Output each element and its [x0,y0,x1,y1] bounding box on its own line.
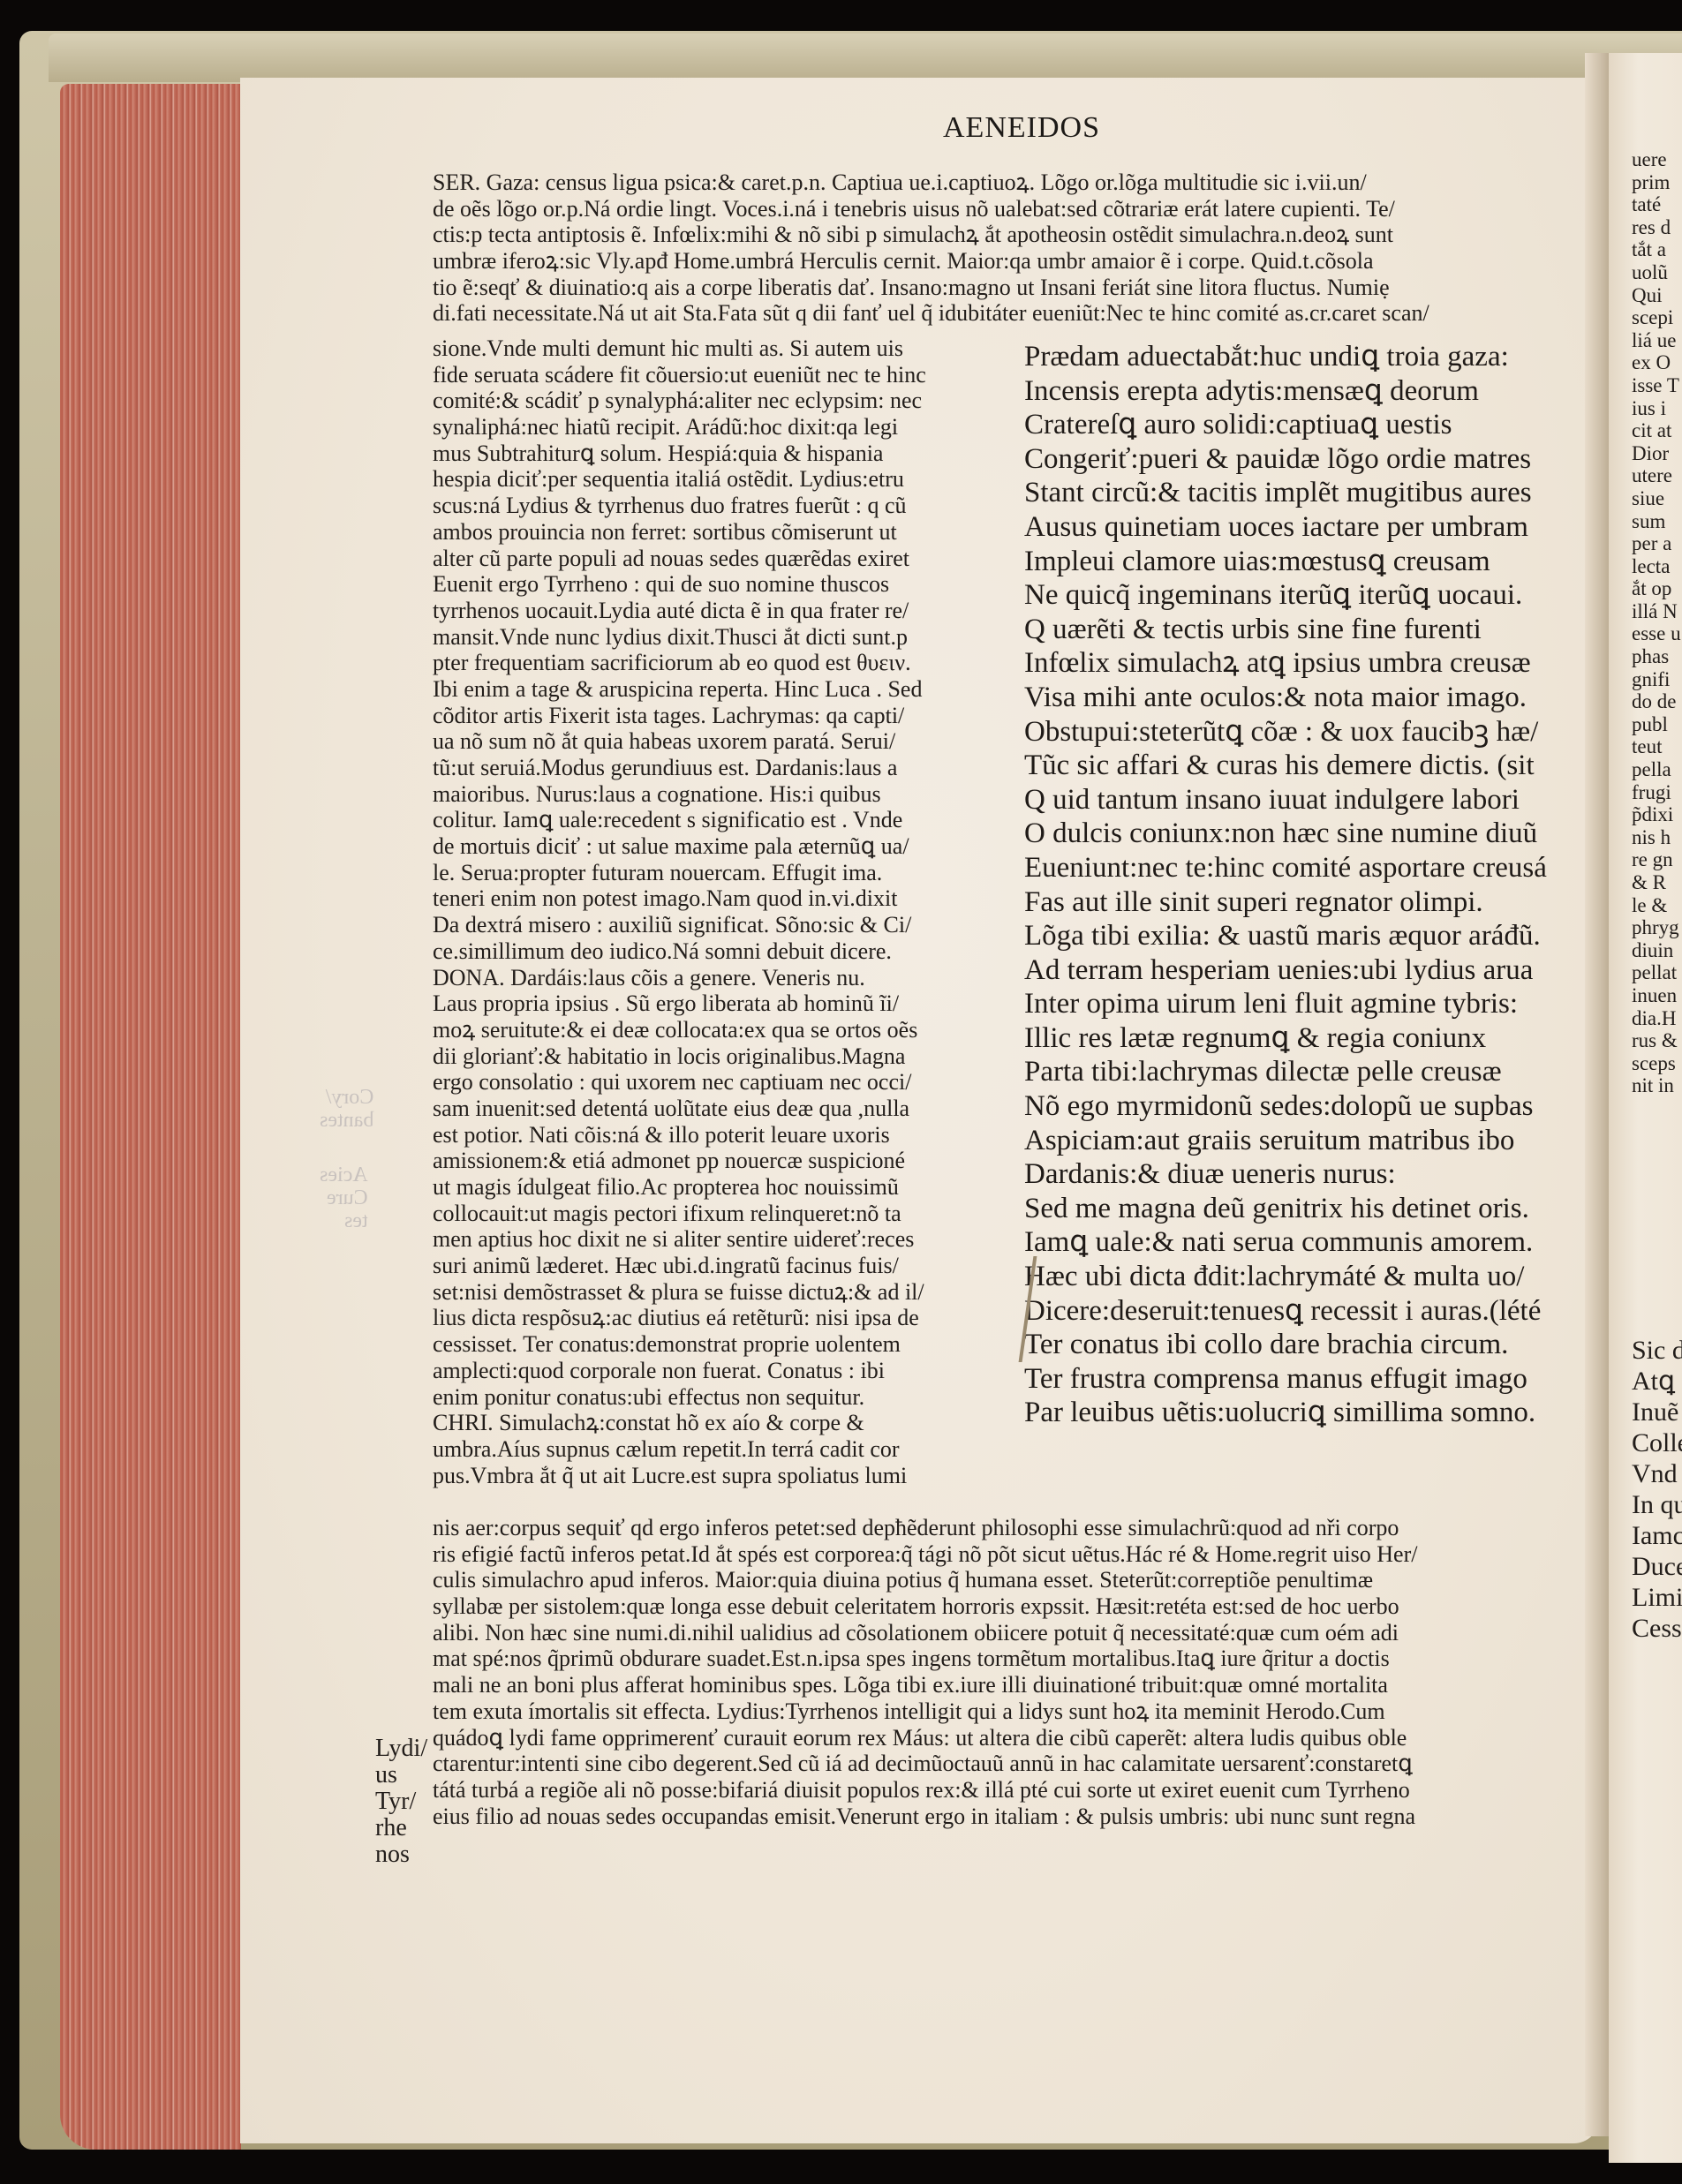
facing-fragment: pellat [1632,961,1682,984]
facing-fragment: res d [1632,216,1682,239]
commentary-line: ut magis ídulgeat filio.Ac propterea hoc… [433,1174,926,1201]
verse-line: Prædam aduectabắt:huc undiꝗ troia gaza: [1024,340,1547,374]
facing-fragment: liá ue [1632,329,1682,352]
verse-line: Ter frustra comprensa manus effugit imag… [1024,1362,1547,1397]
commentary-line: cessisset. Ter conatus:demonstrat propri… [433,1331,926,1358]
facing-fragment: lecta [1632,555,1682,578]
commentary-line: Da dextrá misero : auxiliũ significat. S… [433,912,926,938]
facing-verse-fragment: Atꝗ [1632,1366,1682,1397]
commentary-line: maioribus. Nurus:laus a cognatione. His:… [433,781,926,808]
facing-fragment: taté [1632,193,1682,216]
commentary-line: set:nisi demõstrasset & plura se fuisse … [433,1279,926,1306]
facing-fragment: re gn [1632,848,1682,871]
facing-fragment: isse T [1632,374,1682,397]
commentary-line: fide seruata scádere fit cõuersio:ut eue… [433,362,926,388]
commentary-left-column: sione.Vnde multi demunt hic multi as. Si… [433,335,926,1488]
commentary-line: pter frequentiam sacrificiorum ab eo quo… [433,650,926,676]
facing-page-verse: Sic dAtꝗInuẽColleVndIn quIamcDuceLimiCes… [1632,1335,1682,1644]
verse-line: Visa mihi ante oculos:& nota maior imago… [1024,681,1547,715]
commentary-line: ris efigié factũ inferos petat.Id ắt spé… [433,1541,1417,1568]
commentary-line: Laus propria ipsius . Sũ ergo liberata a… [433,990,926,1017]
facing-fragment: phas [1632,645,1682,668]
verse-line: Dicere:deseruit:tenuesꝗ recessit i auras… [1024,1294,1547,1329]
verse-line: Eueniunt:nec te:hinc comité asportare cr… [1024,851,1547,885]
commentary-line: sam inuenit:sed detentá uolũtate eius de… [433,1096,926,1122]
facing-fragment: Dior [1632,442,1682,465]
commentary-line: ambos prouincia non ferret: sortibus cõm… [433,519,926,546]
facing-verse-fragment: Limi [1632,1582,1682,1613]
commentary-line: quádoꝗ lydi fame opprimerenť curauit eor… [433,1725,1417,1751]
facing-fragment: ắt op [1632,577,1682,600]
commentary-line: mat spé:nos q̃primũ obdurare suadet.Est.… [433,1646,1417,1672]
facing-fragment: p̃dixi [1632,803,1682,826]
facing-verse-fragment: Sic d [1632,1335,1682,1366]
commentary-line: men aptius hoc dixit ne si aliter sentir… [433,1226,926,1253]
commentary-line: alter cũ parte populi ad nouas sedes quæ… [433,546,926,572]
commentary-line: pus.Vmbra ắt q̃ ut ait Lucre.est supra s… [433,1463,926,1489]
commentary-line: suri animũ læderet. Hæc ubi.d.ingratũ fa… [433,1253,926,1279]
binding-top-edge [49,34,1682,82]
verse-line: Congeriť:pueri & pauidæ lõgo ordie matre… [1024,442,1547,477]
commentary-line: di.fati necessitate.Ná ut ait Sta.Fata s… [433,300,1429,327]
show-through-text: Acies Cure tes [320,1164,368,1232]
commentary-line: amissionem:& etiá admonet pp nouercæ sus… [433,1148,926,1174]
facing-verse-fragment: Cessi [1632,1613,1682,1644]
commentary-line: le. Serua:propter futuram nouercam. Effu… [433,860,926,886]
facing-verse-fragment: Colle [1632,1427,1682,1458]
verse-line: Cratereſꝗ auro solidi:captiuaꝗ uestis [1024,408,1547,442]
facing-fragment: phryg [1632,916,1682,939]
verse-line: Lõga tibi exilia: & uastũ maris æquor ar… [1024,919,1547,953]
facing-fragment: dia.H [1632,1007,1682,1030]
facing-fragment: nis h [1632,826,1682,849]
commentary-line: de mortuis diciť : ut salue maxime pala … [433,833,926,860]
show-through-word: Acies [320,1164,368,1186]
commentary-line: est potior. Nati cõis:ná & illo poterit … [433,1122,926,1148]
show-through-word: bantes [320,1109,373,1132]
facing-fragment: siue [1632,487,1682,510]
margin-note-line: us [375,1762,427,1789]
facing-fragment: diuin [1632,939,1682,962]
commentary-line: ce.simillimum deo iudico.Ná somni debuit… [433,938,926,965]
facing-fragment: scepi [1632,306,1682,329]
commentary-line: alibi. Non hæc sine numi.di.nihil ualidi… [433,1620,1417,1646]
facing-fragment: publ [1632,713,1682,736]
commentary-line: mali ne an boni plus afferat hominibus s… [433,1672,1417,1698]
margin-note-line: rhe [375,1815,427,1841]
commentary-line: tátá turbá a regiõe ali nõ posse:bifariá… [433,1777,1417,1804]
facing-fragment: uolũ [1632,261,1682,284]
commentary-line: synaliphá:nec hiatũ recipit. Arádũ:hoc d… [433,414,926,441]
commentary-line: nis aer:corpus sequiť qd ergo inferos pe… [433,1515,1417,1541]
facing-fragment: prim [1632,171,1682,194]
verse-line: Q uærẽti & tectis urbis sine fine furent… [1024,613,1547,647]
commentary-line: cõditor artis Fixerit ista tages. Lachry… [433,703,926,729]
running-head: AENEIDOS [943,111,1100,145]
facing-fragment: ius i [1632,397,1682,420]
commentary-line: Euenit ergo Tyrrheno : qui de suo nomine… [433,571,926,598]
facing-verse-fragment: Inuẽ [1632,1397,1682,1427]
verse-line: Tũc sic affari & curas his demere dictis… [1024,749,1547,783]
commentary-line: ua nõ sum nõ ắt quia habeas uxorem parat… [433,728,926,755]
commentary-line: mansit.Vnde nunc lydius dixit.Thusci ắt … [433,624,926,651]
commentary-line: moꝝ seruitute:& ei deæ collocata:ex qua … [433,1017,926,1043]
commentary-line: SER. Gaza: census ligua psica:& caret.p.… [433,169,1429,196]
facing-page-text: uereprimtatéres dtắt auolũQuiscepiliá ue… [1632,148,1682,1097]
commentary-line: eius filio ad nouas sedes occupandas emi… [433,1804,1417,1830]
verse-line: Obstupui:steterũtꝗ cõæ : & uox faucibꝫ h… [1024,715,1547,749]
verse-line: Ausus quinetiam uoces iactare per umbram [1024,510,1547,545]
show-through-text: Cory/ bantes [320,1086,373,1132]
facing-verse-fragment: Iamc [1632,1520,1682,1551]
commentary-line: amplecti:quod corporale non fuerat. Cona… [433,1358,926,1384]
commentary-line: sione.Vnde multi demunt hic multi as. Si… [433,335,926,362]
facing-fragment: utere [1632,464,1682,487]
facing-fragment: frugi [1632,781,1682,804]
commentary-line: culis simulachro apud inferos. Maior:qui… [433,1567,1417,1593]
commentary-line: ctis:p tecta antiptosis ẽ. Infœlix:mihi … [433,222,1429,248]
verse-line: Stant circũ:& tacitis implẽt mugitibus a… [1024,476,1547,510]
facing-fragment: illá N [1632,600,1682,623]
facing-fragment: rus & [1632,1029,1682,1052]
facing-fragment: cit at [1632,419,1682,442]
verse-line: Aspiciam:aut graiis seruitum matribus ib… [1024,1124,1547,1158]
facing-fragment: esse u [1632,622,1682,645]
commentary-line: tem exuta ímortalis sit effecta. Lydius:… [433,1698,1417,1725]
commentary-line: mus Subtrahiturꝗ solum. Hespiá:quia & hi… [433,441,926,467]
facing-fragment: inuen [1632,984,1682,1007]
commentary-line: de oẽs lõgo or.p.Ná ordie lingt. Voces.i… [433,196,1429,222]
facing-fragment: & R [1632,871,1682,894]
verse-line: Q uid tantum insano iuuat indulgere labo… [1024,783,1547,817]
commentary-top: SER. Gaza: census ligua psica:& caret.p.… [433,169,1429,327]
commentary-line: tio ẽ:seqť & diuinatio:q ais a corpe lib… [433,275,1429,301]
commentary-line: scus:ná Lydius & tyrrhenus duo fratres f… [433,493,926,519]
red-fore-edge [60,84,241,2150]
verse-line: Sed me magna deũ genitrix his detinet or… [1024,1192,1547,1226]
show-through-word: Cure [320,1186,368,1209]
commentary-line: teneri enim non potest imago.Nam quod in… [433,885,926,912]
commentary-line: hespia diciť:per sequentia italiá ostẽdi… [433,466,926,493]
verse-line: Infœlix simulachꝝ atꝗ ipsius umbra creus… [1024,646,1547,681]
verse-line: Dardanis:& diuæ ueneris nurus: [1024,1157,1547,1192]
verse-line: O dulcis coniunx:non hæc sine numine diu… [1024,817,1547,851]
commentary-line: tyrrhenos uocauit.Lydia auté dicta ẽ in … [433,598,926,624]
commentary-line: enim ponitur conatus:ubi effectus non se… [433,1384,926,1411]
commentary-line: umbræ iferoꝝ:sic Vly.apđ Home.umbrá Herc… [433,248,1429,275]
verse-line: Hæc ubi dicta đdit:lachrymáté & multa uo… [1024,1260,1547,1294]
verse-line: Inter opima uirum leni fluit agmine tybr… [1024,987,1547,1021]
facing-fragment: uere [1632,148,1682,171]
commentary-line: umbra.Aíus supnus cælum repetit.In terrá… [433,1436,926,1463]
facing-verse-fragment: Vnd [1632,1458,1682,1489]
facing-fragment: per a [1632,532,1682,555]
commentary-line: tũ:ut seruiá.Modus gerundiuus est. Darda… [433,755,926,781]
facing-fragment: Qui [1632,284,1682,307]
facing-fragment: sceps [1632,1052,1682,1075]
facing-fragment: tắt a [1632,238,1682,261]
facing-fragment: ex O [1632,351,1682,374]
margin-note-lydius: Lydi/usTyr/rhenos [375,1736,427,1868]
commentary-line: syllabæ per sistolem:quæ longa esse debu… [433,1593,1417,1620]
verse-line: Ne quicq̃ ingeminans iterũꝗ iterũꝗ uocau… [1024,578,1547,613]
margin-note-line: Lydi/ [375,1736,427,1762]
verse-line: Iamꝗ uale:& nati serua communis amorem. [1024,1225,1547,1260]
show-through-word: Cory/ [320,1086,373,1109]
commentary-line: ergo consolatio : qui uxorem nec captiua… [433,1069,926,1096]
verse-line: Par leuibus uẽtis:uolucriꝗ simillima som… [1024,1396,1547,1430]
verse-line: Ad terram hesperiam uenies:ubi lydius ar… [1024,953,1547,988]
facing-verse-fragment: Duce [1632,1551,1682,1582]
commentary-line: dii glorianť:& habitatio in locis origin… [433,1043,926,1070]
verse-line: Parta tibi:lachrymas dilectæ pelle creus… [1024,1055,1547,1089]
facing-fragment: teut [1632,735,1682,758]
commentary-line: ctarentur:intenti sine cibo degerent.Sed… [433,1751,1417,1777]
commentary-line: colitur. Iamꝗ uale:recedent s significat… [433,807,926,833]
commentary-line: DONA. Dardáis:laus cõis a genere. Veneri… [433,965,926,991]
verse-line: Ter conatus ibi collo dare brachia circu… [1024,1328,1547,1362]
verse-line: Impleui clamore uias:mœstusꝗ creusam [1024,545,1547,579]
verse-column: Prædam aduectabắt:huc undiꝗ troia gaza:I… [1024,340,1547,1430]
margin-note-line: Tyr/ [375,1789,427,1815]
commentary-line: Ibi enim a tage & aruspicina reperta. Hi… [433,676,926,703]
facing-fragment: sum [1632,510,1682,533]
facing-fragment: le & [1632,894,1682,917]
facing-fragment: nit in [1632,1074,1682,1097]
verse-line: Incensis erepta adytis:mensæꝗ deorum [1024,374,1547,409]
commentary-line: collocauit:ut magis pectori ifixum relin… [433,1201,926,1227]
facing-verse-fragment: In qu [1632,1489,1682,1520]
commentary-line: comité:& scádiť p synalyphá:aliter nec e… [433,388,926,414]
verse-line: Nõ ego myrmidonũ sedes:dolopũ ue supbas [1024,1089,1547,1124]
commentary-bottom: nis aer:corpus sequiť qd ergo inferos pe… [433,1515,1417,1829]
facing-fragment: do de [1632,690,1682,713]
verse-line: Illic res lætæ regnumꝗ & regia coniunx [1024,1021,1547,1056]
gutter [1585,53,1611,2136]
margin-note-line: nos [375,1841,427,1868]
verse-line: Fas aut ille sinit superi regnator olimp… [1024,885,1547,920]
facing-fragment: pella [1632,758,1682,781]
show-through-word: tes [320,1209,368,1232]
commentary-line: CHRI. Simulachꝝ:constat hõ ex aío & corp… [433,1410,926,1436]
commentary-line: lius dicta respõsuꝝ:ac diutius eá retẽtu… [433,1305,926,1331]
facing-fragment: gnifi [1632,668,1682,691]
